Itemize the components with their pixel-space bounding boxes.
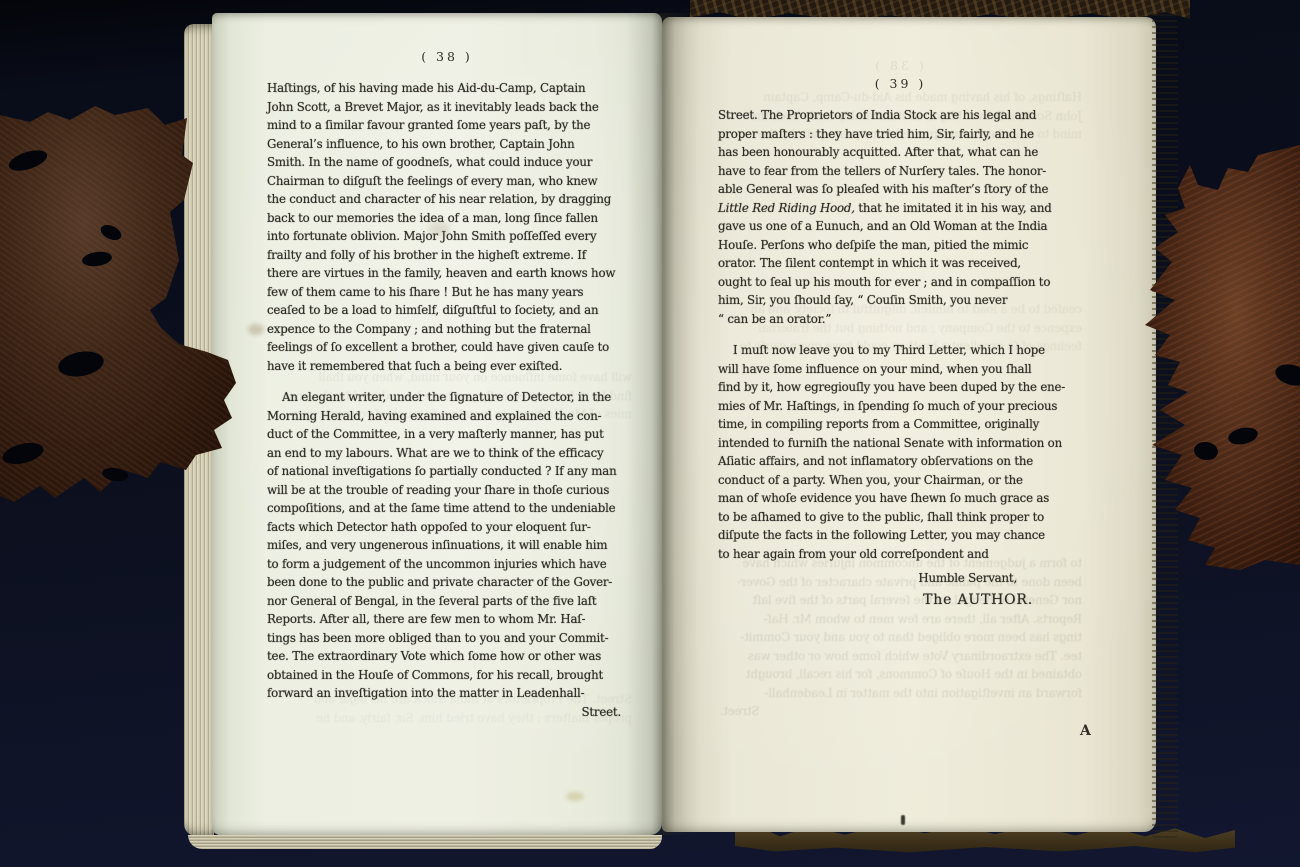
text-line: man of whoſe evidence you have ſhewn ſo … [718, 489, 1083, 508]
text-line: have to fear from the tellers of Nurſery… [718, 162, 1083, 181]
text-line: gave us one of a Eunuch, and an Old Woma… [718, 217, 1083, 236]
text-line: intended to furniſh the national Senate … [718, 434, 1083, 453]
text-line: to hear again from your old correſponden… [718, 545, 1083, 564]
text-line: The AUTHOR. [718, 591, 1083, 610]
italic-phrase: Little Red Riding Hood, [718, 201, 855, 215]
text-line: of national inveſtigations ſo partially … [267, 462, 627, 481]
text-line: will be at the trouble of reading your ſ… [267, 481, 627, 500]
text-line: there are virtues in the family, heaven … [267, 264, 627, 283]
text-line: an end to my labours. What are we to thi… [267, 444, 627, 463]
text-line: I muſt now leave you to my Third Letter,… [718, 341, 1083, 360]
text-line: miſes, and very ungenerous inſinuations,… [267, 536, 627, 555]
text-line: duct of the Committee, in a very maſterl… [267, 425, 627, 444]
text-line: Reports. After all, there are few men to… [267, 610, 627, 629]
text-line: find by it, how egregiouſly you have bee… [718, 378, 1083, 397]
text-line: into fortunate oblivion. Major John Smit… [267, 227, 627, 246]
text-line: him, Sir, you ſhould ſay, “ Couſin Smith… [718, 291, 1083, 310]
text-line: Morning Herald, having examined and expl… [267, 407, 627, 426]
page-text-body: Street. The Proprietors of India Stock a… [718, 106, 1083, 609]
text-line: nor General of Bengal, in the ſeveral pa… [267, 592, 627, 611]
text-line: mind to a ſimilar favour granted ſome ye… [267, 116, 627, 135]
text-line: forward an inveſtigation into the matter… [267, 684, 627, 703]
text-line: Humble Servant, [718, 569, 1083, 588]
text-line: has been honourably acquitted. After tha… [718, 143, 1083, 162]
text-line: have it remembered that ſuch a being eve… [267, 357, 627, 376]
text-line: conduct of a party. When you, your Chair… [718, 471, 1083, 490]
page-38: ( 38 ) Haſtings, of his having made his … [212, 13, 662, 835]
text-line: Aſiatic affairs, and not inflamatory obſ… [718, 452, 1083, 471]
text-line: Reports. After all, there are few men to… [714, 610, 1082, 629]
photo-open-antique-book: { "colors": { "bg": "#0c101f", "paper-le… [0, 0, 1300, 867]
text-line: time, in compiling reports from a Commit… [718, 415, 1083, 434]
text-line: tings has been more obliged than to you … [267, 629, 627, 648]
text-line: to form a judgement of the uncommon inju… [267, 555, 627, 574]
text-line: Street. The Proprietors of India Stock a… [718, 106, 1083, 125]
text-line: forward an inveſtigation into the matter… [714, 684, 1082, 703]
text-line: proper maſters : they have tried him, Si… [718, 125, 1083, 144]
text-line: ceaſed to be a load to himſelf, diſguſtf… [267, 301, 627, 320]
text-line: obtained in the Houſe of Commons, for hi… [267, 666, 627, 685]
text-line: tee. The extraordinary Vote which ſome h… [267, 647, 627, 666]
text-line: mies of Mr. Haſtings, in ſpending ſo muc… [718, 397, 1083, 416]
text-line: John Scott, a Brevet Major, as it inevit… [267, 98, 627, 117]
page-39: ( 39 ) Street. The Proprietors of India … [662, 17, 1156, 832]
text-line: Haſtings, of his having made his Aid-du-… [267, 79, 627, 98]
text-line: tings has been more obliged than to you … [714, 628, 1082, 647]
text-line: obtained in the Houſe of Commons, for hi… [714, 665, 1082, 684]
page-stack-bottom-edge [188, 835, 662, 849]
text-line: Little Red Riding Hood, that he imitated… [718, 199, 1083, 218]
text-line: been done to the public and private char… [267, 573, 627, 592]
text-line: “ can be an orator.” [718, 310, 1083, 329]
text-line: An elegant writer, under the ſignature o… [267, 388, 627, 407]
text-line: frailty and folly of his brother in the … [267, 246, 627, 265]
text-line: facts which Detector hath oppoſed to you… [267, 518, 627, 537]
text-line: able General was ſo pleaſed with his maſ… [718, 180, 1083, 199]
book-cover-board-edge [1152, 14, 1178, 838]
text-line: orator. The ſilent contempt in which it … [718, 254, 1083, 273]
text-line: few of them came to his ſhare ! But he h… [267, 283, 627, 302]
text-line: feelings of ſo excellent a brother, coul… [267, 338, 627, 357]
text-line: Houſe. Perſons who deſpiſe the man, piti… [718, 236, 1083, 255]
page-39-text: ( 39 ) Street. The Proprietors of India … [718, 76, 1083, 609]
page-number-header: ( 39 ) [718, 76, 1083, 106]
text-line: the conduct and character of his near re… [267, 190, 627, 209]
text-line: Street. [267, 703, 627, 722]
text-line: back to our memories the idea of a man, … [267, 209, 627, 228]
signature-mark: A [1080, 723, 1091, 739]
text-line: tee. The extraordinary Vote which ſome h… [714, 647, 1082, 666]
page-38-text: ( 38 ) Haſtings, of his having made his … [267, 49, 627, 721]
text-line: expence to the Company ; and nothing but… [267, 320, 627, 339]
text-line: Street. [714, 702, 1082, 721]
text-line: to be aſhamed to give to the public, ſha… [718, 508, 1083, 527]
text-line: compoſitions, and at the ſame time atten… [267, 499, 627, 518]
text-line: Chairman to diſguſt the feelings of ever… [267, 172, 627, 191]
text-line: diſpute the facts in the following Lette… [718, 526, 1083, 545]
text-line: ought to ſeal up his mouth for ever ; an… [718, 273, 1083, 292]
text-line: General’s influence, to his own brother,… [267, 135, 627, 154]
text-line: will have ſome influence on your mind, w… [718, 360, 1083, 379]
page-text-body: Haſtings, of his having made his Aid-du-… [267, 79, 627, 721]
text-line: Smith. In the name of goodneſs, what cou… [267, 153, 627, 172]
page-number-header: ( 38 ) [267, 49, 627, 79]
